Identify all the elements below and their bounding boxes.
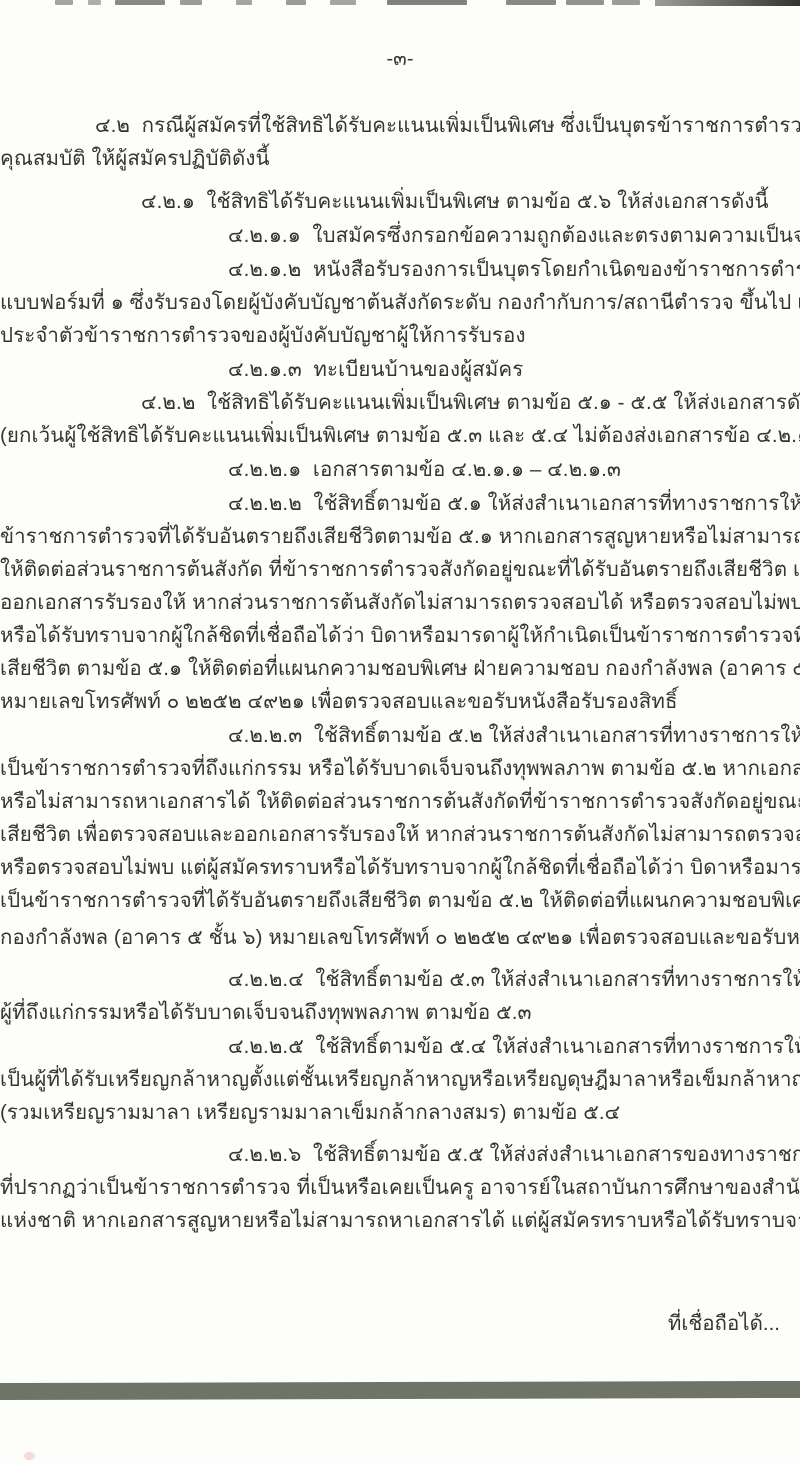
text-line: ประจำตัวข้าราชการตำรวจของผู้บังคับบัญชาผ… — [0, 322, 526, 349]
scan-artifact — [506, 0, 556, 5]
text-line: แห่งชาติ หากเอกสารสูญหายหรือไม่สามารถหาเ… — [0, 1207, 800, 1234]
scan-artifact — [180, 0, 202, 5]
scan-artifact — [115, 0, 165, 5]
text-line: ๔.๒.๑.๑ ใบสมัครซึ่งกรอกข้อความถูกต้องและ… — [228, 222, 800, 249]
scan-artifact-strip — [655, 0, 800, 6]
text-line: ที่ปรากฏว่าเป็นข้าราชการตำรวจ ที่เป็นหรื… — [0, 1174, 800, 1201]
text-line: ๔.๒.๑ ใช้สิทธิได้รับคะแนนเพิ่มเป็นพิเศษ … — [141, 188, 769, 215]
scan-artifact — [387, 0, 467, 5]
text-line: กองกำลังพล (อาคาร ๕ ชั้น ๖) หมายเลขโทรศั… — [0, 924, 800, 951]
bottom-divider-bar — [0, 1381, 800, 1400]
text-line: (รวมเหรียญรามมาลา เหรียญรามมาลาเข็มกล้าก… — [0, 1099, 620, 1126]
text-line: ๔.๒.๒.๓ ใช้สิทธิ์ตามข้อ ๕.๒ ให้ส่งสำเนาเ… — [228, 722, 800, 749]
text-line: หรือตรวจสอบไม่พบ แต่ผู้สมัครทราบหรือได้ร… — [0, 854, 800, 881]
text-line: ๔.๒.๒.๖ ใช้สิทธิ์ตามข้อ ๕.๕ ให้ส่งส่งสำเ… — [228, 1141, 800, 1168]
text-line: ๔.๒ กรณีผู้สมัครที่ใช้สิทธิได้รับคะแนนเพ… — [95, 112, 800, 139]
text-line: ๔.๒.๒.๔ ใช้สิทธิ์ตามข้อ ๕.๓ ให้ส่งสำเนาเ… — [228, 966, 800, 993]
text-line: (ยกเว้นผู้ใช้สิทธิได้รับคะแนนเพิ่มเป็นพิ… — [0, 422, 800, 449]
text-line: เสียชีวิต เพื่อตรวจสอบและออกเอกสารรับรอง… — [0, 821, 800, 848]
text-line: เป็นข้าราชการตำรวจที่ถึงแก่กรรม หรือได้ร… — [0, 755, 800, 782]
text-line: เป็นข้าราชการตำรวจที่ได้รับอันตรายถึงเสี… — [0, 887, 800, 914]
scan-artifact — [612, 0, 640, 5]
text-line: ผู้ที่ถึงแก่กรรมหรือได้รับบาดเจ็บจนถึงทุ… — [0, 999, 532, 1026]
document-page: -๓- ๔.๒ กรณีผู้สมัครที่ใช้สิทธิได้รับคะแ… — [0, 0, 800, 1464]
scan-artifact — [55, 0, 73, 5]
scan-artifact — [236, 0, 252, 5]
text-line: ๔.๒.๒ ใช้สิทธิได้รับคะแนนเพิ่มเป็นพิเศษ … — [141, 389, 800, 416]
text-line: หมายเลขโทรศัพท์ ๐ ๒๒๕๒ ๔๙๒๑ เพื่อตรวจสอบ… — [0, 688, 678, 715]
text-line: ๔.๒.๑.๓ ทะเบียนบ้านของผู้สมัคร — [228, 356, 523, 383]
text-line: ๔.๒.๑.๒ หนังสือรับรองการเป็นบุตรโดยกำเนิ… — [228, 256, 800, 283]
text-line: หรือได้รับทราบจากผู้ใกล้ชิดที่เชื่อถือได… — [0, 622, 800, 649]
scan-smudge — [24, 1452, 35, 1460]
scan-artifact — [88, 0, 101, 5]
scan-artifact — [286, 0, 306, 5]
continuation-marker: ที่เชื่อถือได้... — [668, 1307, 780, 1340]
text-line: ให้ติดต่อส่วนราชการต้นสังกัด ที่ข้าราชกา… — [0, 556, 800, 583]
scan-artifact — [330, 0, 356, 5]
text-line: ๔.๒.๒.๑ เอกสารตามข้อ ๔.๒.๑.๑ – ๔.๒.๑.๓ — [228, 456, 621, 483]
text-line: ข้าราชการตำรวจที่ได้รับอันตรายถึงเสียชีว… — [0, 523, 800, 550]
scan-artifact — [566, 0, 604, 5]
text-line: หรือไม่สามารถหาเอกสารได้ ให้ติดต่อส่วนรา… — [0, 788, 800, 815]
text-line: ๔.๒.๒.๕ ใช้สิทธิ์ตามข้อ ๕.๔ ให้ส่งสำเนาเ… — [228, 1033, 800, 1060]
text-line: เสียชีวิต ตามข้อ ๕.๑ ให้ติดต่อที่แผนกควา… — [0, 655, 800, 682]
text-line: ออกเอกสารรับรองให้ หากส่วนราชการต้นสังกั… — [0, 589, 800, 616]
text-line: ๔.๒.๒.๒ ใช้สิทธิ์ตามข้อ ๕.๑ ให้ส่งสำเนาเ… — [228, 490, 800, 517]
text-line: คุณสมบัติ ให้ผู้สมัครปฏิบัติดังนี้ — [0, 145, 270, 172]
page-number: -๓- — [0, 42, 800, 74]
text-line: เป็นผู้ที่ได้รับเหรียญกล้าหาญตั้งแต่ชั้น… — [0, 1066, 800, 1093]
text-line: แบบฟอร์มที่ ๑ ซึ่งรับรองโดยผู้บังคับบัญช… — [0, 289, 800, 316]
